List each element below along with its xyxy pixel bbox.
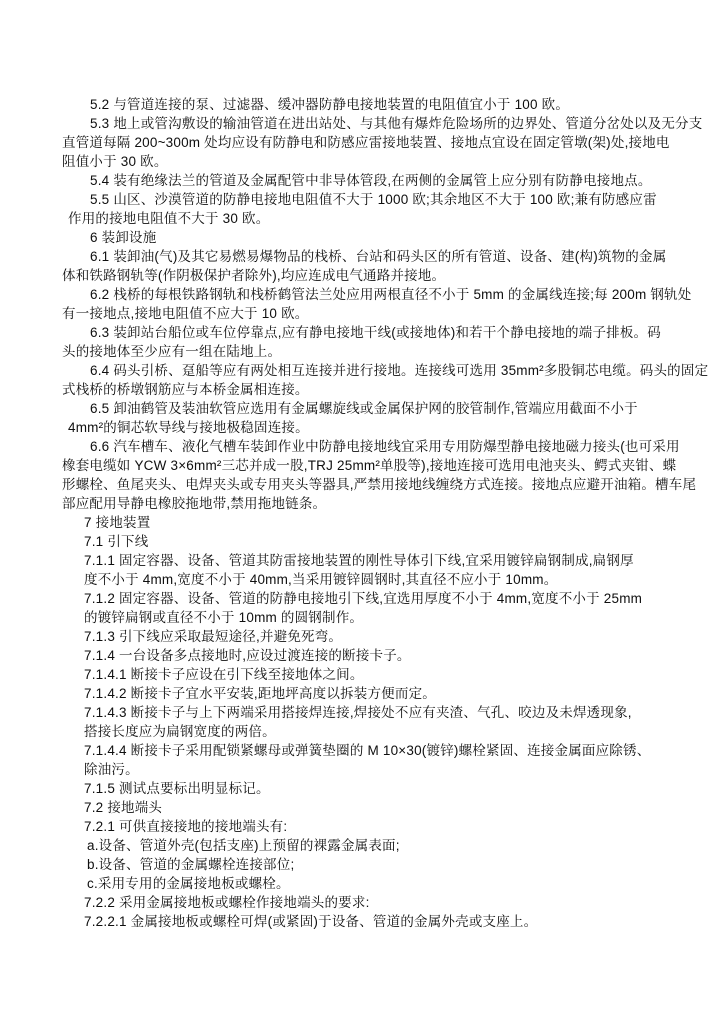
text-line: 7.2 接地端头 [62, 798, 667, 817]
text-line: 7.1.4 一台设备多点接地时,应设过渡连接的断接卡子。 [62, 646, 667, 665]
text-line: 除油污。 [62, 760, 667, 779]
text-line: 6.5 卸油鹤管及装油软管应选用有金属螺旋线或金属保护网的胶管制作,管端应用截面… [62, 399, 667, 418]
document-page: 5.2 与管道连接的泵、过滤器、缓冲器防静电接地装置的电阻值宜小于 100 欧。… [0, 0, 724, 1024]
text-line: b.设备、管道的金属螺栓连接部位; [62, 855, 667, 874]
text-line: 度不小于 4mm,宽度不小于 40mm,当采用镀锌圆钢时,其直径不应小于 10m… [62, 570, 667, 589]
text-line: 4mm²的铜芯软导线与接地极稳固连接。 [62, 418, 667, 437]
text-line: 6.4 码头引桥、趸船等应有两处相互连接并进行接地。连接线可选用 35mm²多股… [62, 361, 667, 380]
text-line: 体和铁路钢轨等(作阴极保护者除外),均应连成电气通路并接地。 [62, 266, 667, 285]
text-line: 7.2.1 可供直接接地的接地端头有: [62, 817, 667, 836]
text-line: 的镀锌扁钢或直径不小于 10mm 的圆钢制作。 [62, 608, 667, 627]
text-line: 7.1.4.3 断接卡子与上下两端采用搭接焊连接,焊接处不应有夹渣、气孔、咬边及… [62, 703, 667, 722]
text-line: 7.1.4.4 断接卡子采用配锁紧螺母或弹簧垫圈的 M 10×30(镀锌)螺栓紧… [62, 741, 667, 760]
text-line: 5.5 山区、沙漠管道的防静电接地电阻值不大于 1000 欧;其余地区不大于 1… [62, 190, 667, 209]
text-line: 阻值小于 30 欧。 [62, 152, 667, 171]
text-line: c.采用专用的金属接地板或螺栓。 [62, 874, 667, 893]
text-line: 橡套电缆如 YCW 3×6mm²三芯并成一股,TRJ 25mm²单股等),接地连… [62, 456, 667, 475]
text-line: 5.4 装有绝缘法兰的管道及金属配管中非导体管段,在两侧的金属管上应分别有防静电… [62, 171, 667, 190]
text-line: 6 装卸设施 [62, 228, 667, 247]
text-line: 6.3 装卸站台船位或车位停靠点,应有静电接地干线(或接地体)和若干个静电接地的… [62, 323, 667, 342]
text-line: 7.2.2.1 金属接地板或螺栓可焊(或紧固)于设备、管道的金属外壳或支座上。 [62, 912, 667, 931]
text-line: 7.2.2 采用金属接地板或螺栓作接地端头的要求: [62, 893, 667, 912]
text-line: 7.1.4.2 断接卡子宜水平安装,距地坪高度以拆装方便而定。 [62, 684, 667, 703]
text-line: 7.1.1 固定容器、设备、管道其防雷接地装置的刚性导体引下线,宜采用镀锌扁钢制… [62, 551, 667, 570]
text-line: 7.1.2 固定容器、设备、管道的防静电接地引下线,宜选用厚度不小于 4mm,宽… [62, 589, 667, 608]
text-line: 7 接地装置 [62, 513, 667, 532]
text-line: 式栈桥的桥墩钢筋应与本桥金属相连接。 [62, 380, 667, 399]
text-line: 6.6 汽车槽车、液化气槽车装卸作业中防静电接地线宜采用专用防爆型静电接地磁力接… [62, 437, 667, 456]
text-line: 搭接长度应为扁钢宽度的两倍。 [62, 722, 667, 741]
text-line: 直管道每隔 200~300m 处均应设有防静电和防感应雷接地装置、接地点宜设在固… [62, 133, 667, 152]
text-line: 7.1.3 引下线应采取最短途径,并避免死弯。 [62, 627, 667, 646]
text-line: 5.2 与管道连接的泵、过滤器、缓冲器防静电接地装置的电阻值宜小于 100 欧。 [62, 95, 667, 114]
text-line: 形螺栓、鱼尾夹头、电焊夹头或专用夹头等器具,严禁用接地线缠绕方式连接。接地点应避… [62, 475, 667, 494]
text-line: 7.1 引下线 [62, 532, 667, 551]
text-line: 有一接地点,接地电阻值不应大于 10 欧。 [62, 304, 667, 323]
text-line: a.设备、管道外壳(包括支座)上预留的裸露金属表面; [62, 836, 667, 855]
text-line: 头的接地体至少应有一组在陆地上。 [62, 342, 667, 361]
text-line: 6.2 栈桥的每根铁路钢轨和栈桥鹤管法兰处应用两根直径不小于 5mm 的金属线连… [62, 285, 667, 304]
text-line: 7.1.4.1 断接卡子应设在引下线至接地体之间。 [62, 665, 667, 684]
text-line: 5.3 地上或管沟敷设的输油管道在进出站处、与其他有爆炸危险场所的边界处、管道分… [62, 114, 667, 133]
text-line: 7.1.5 测试点要标出明显标记。 [62, 779, 667, 798]
text-line: 6.1 装卸油(气)及其它易燃易爆物品的栈桥、台站和码头区的所有管道、设备、建(… [62, 247, 667, 266]
text-line: 部应配用导静电橡胶拖地带,禁用拖地链条。 [62, 494, 667, 513]
text-line: 作用的接地电阻值不大于 30 欧。 [62, 209, 667, 228]
document-body: 5.2 与管道连接的泵、过滤器、缓冲器防静电接地装置的电阻值宜小于 100 欧。… [62, 95, 667, 931]
